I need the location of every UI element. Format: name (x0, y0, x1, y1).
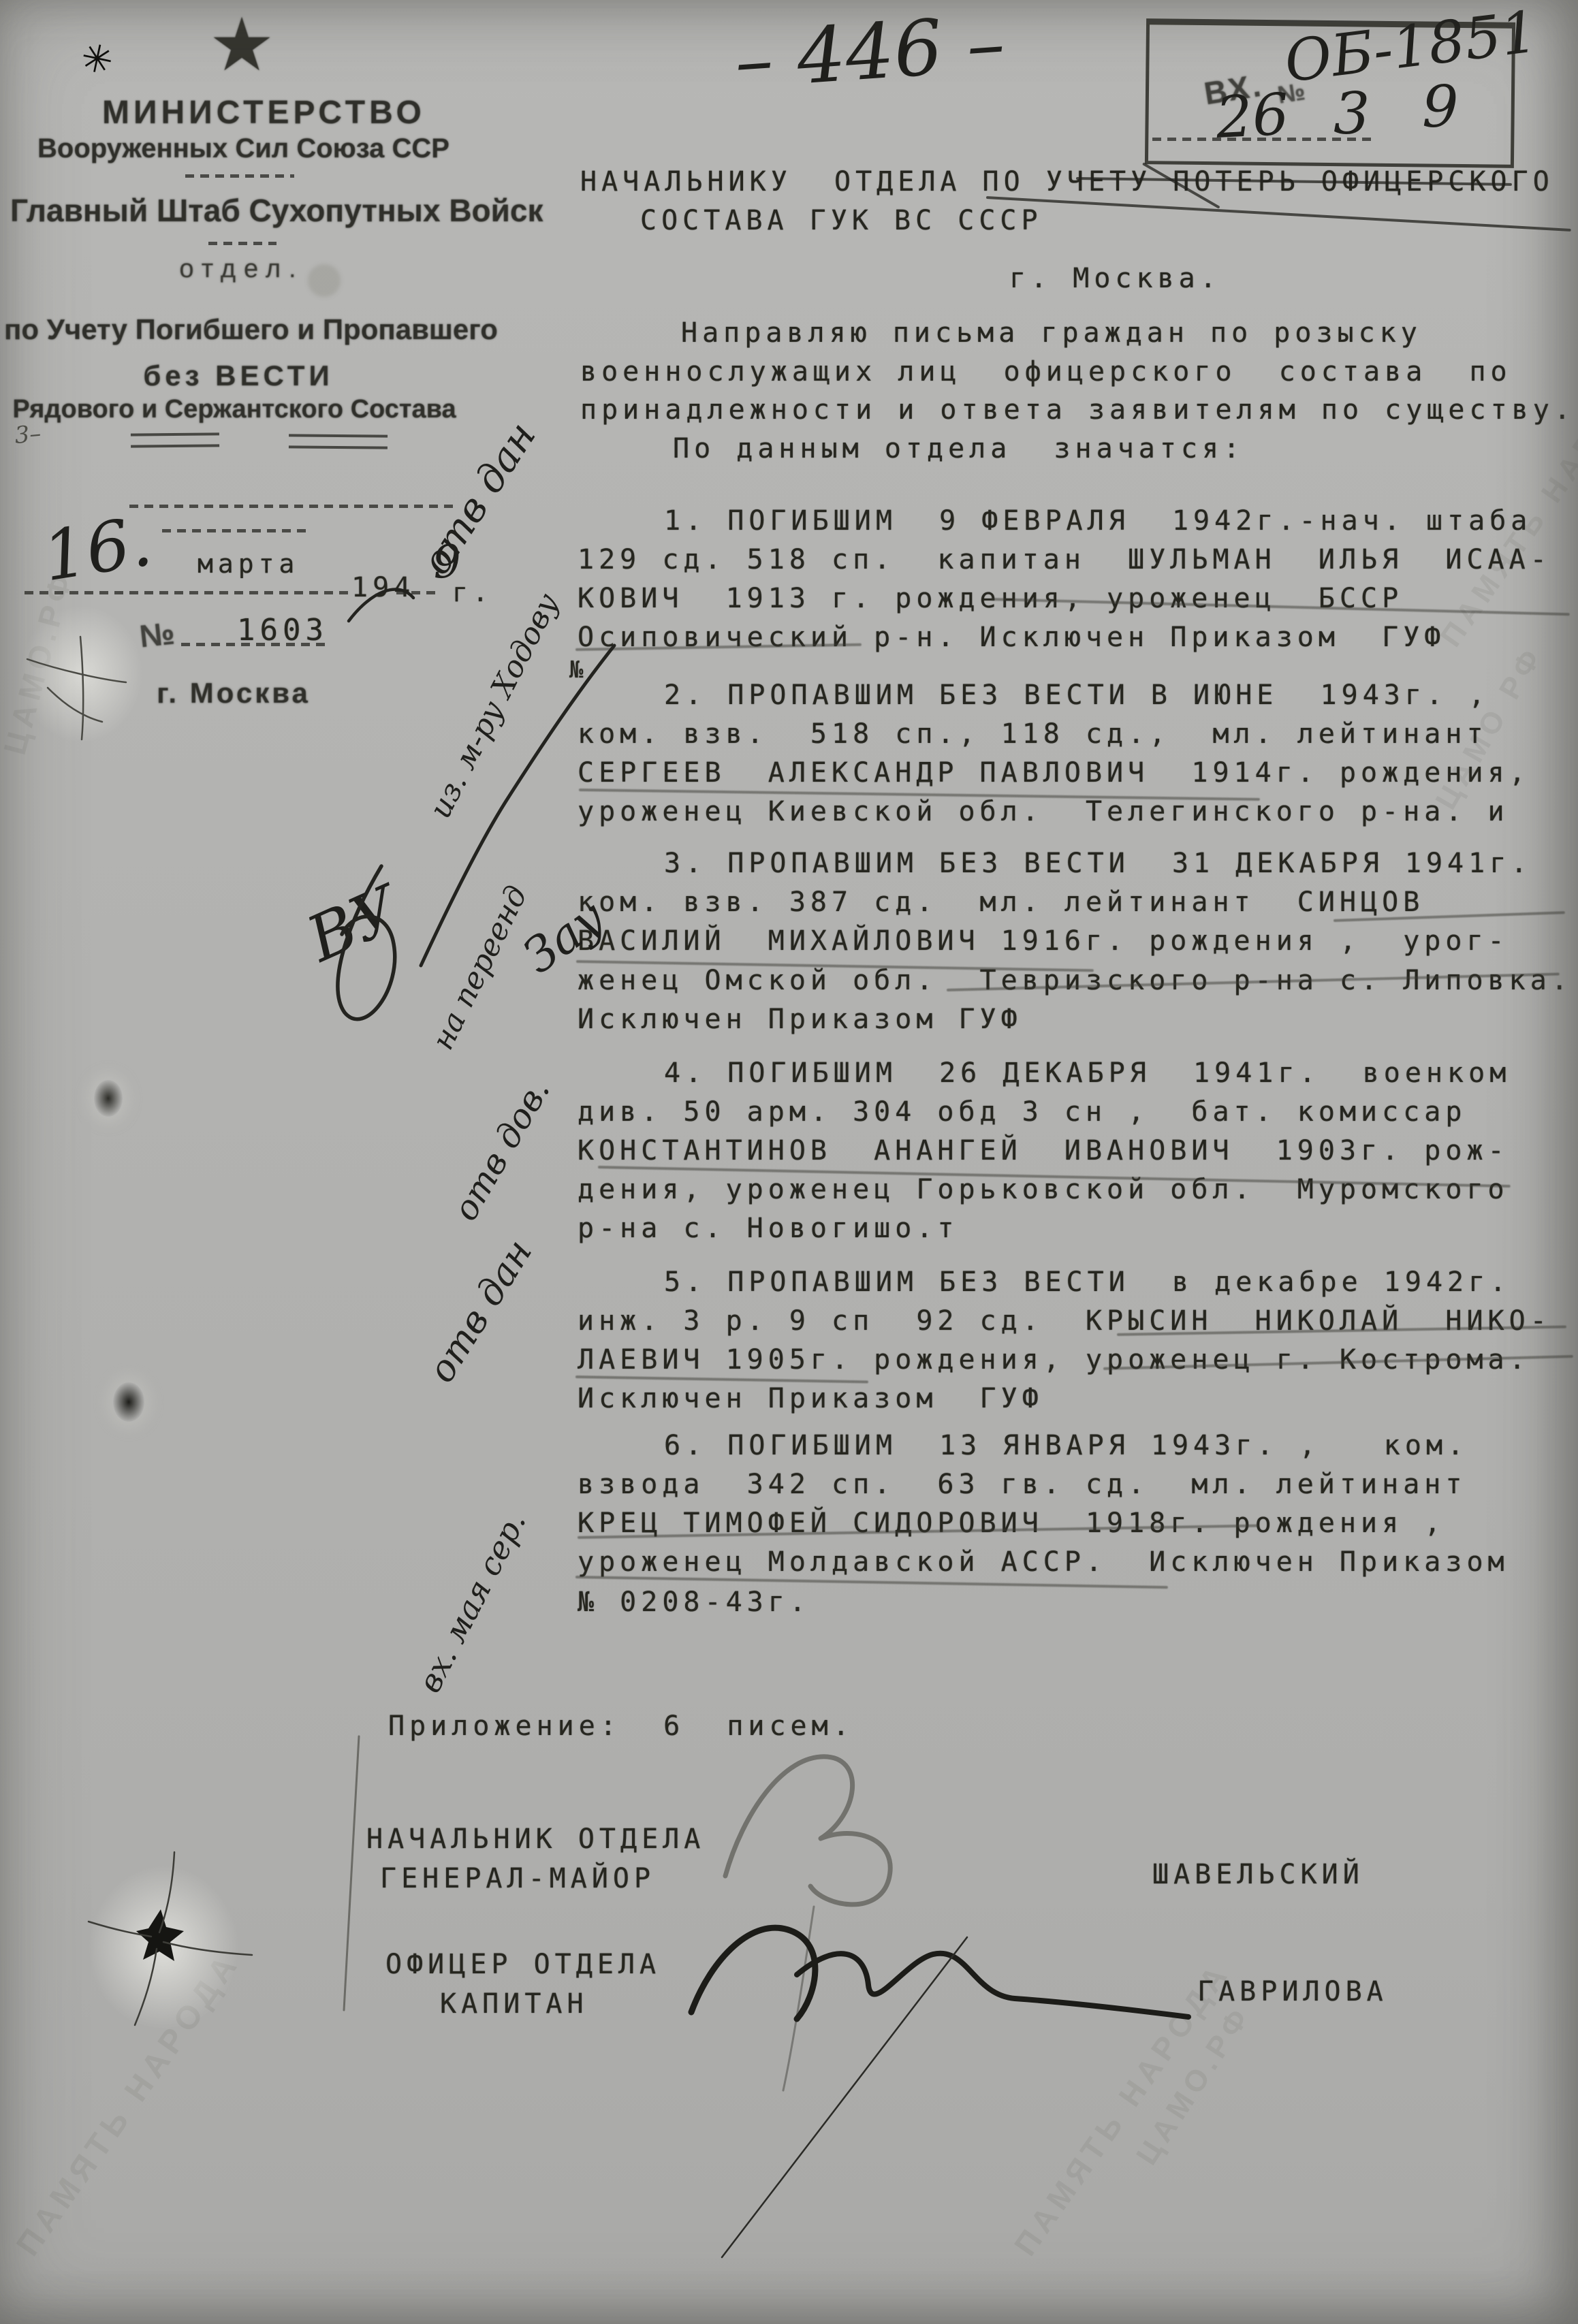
attachment-line: Приложение: 6 писем. (388, 1710, 854, 1742)
item-4-line-3: КОНСТАНТИНОВ АНАНГЕЙ ИВАНОВИЧ 1903г. рож… (578, 1135, 1509, 1166)
item-3-line-2: ком. взв. 387 сд. мл. лейтинант СИНЦОВ (578, 887, 1424, 918)
sig-head-title-2: ГЕНЕРАЛ-МАЙОР (380, 1863, 655, 1894)
date-day-handwritten: 16. (37, 501, 157, 596)
item-5-line-4: Исключен Приказом ГУФ (578, 1383, 1043, 1414)
item-2-line-1: 2. ПРОПАВШИМ БЕЗ ВЕСТИ В ИЮНЕ 1943г. , (664, 680, 1489, 711)
item-6-line-4: уроженец Молдавской АССР. Исключен Прика… (578, 1546, 1509, 1578)
item-2-line-4: уроженец Киевской обл. Телегинского р-на… (578, 796, 1509, 827)
item-4-line-4: дения, уроженец Горьковской обл. Муромск… (578, 1174, 1509, 1205)
letterhead-city: г. Москва (148, 677, 319, 710)
item-1-line-1: 1. ПОГИБШИМ 9 ФЕВРАЛЯ 1942г.-нач. штаба (664, 505, 1532, 537)
margin-note-vu: ВУ (297, 872, 410, 976)
sig-officer-name: ГАВРИЛОВА (1197, 1976, 1388, 2007)
star-emblem-icon: ★ (204, 7, 279, 83)
addressee-strike-1 (986, 196, 1571, 232)
item-4-line-1: 4. ПОГИБШИМ 26 ДЕКАБРЯ 1941г. военком (664, 1057, 1511, 1089)
date-month: марта (198, 549, 299, 579)
letterhead-double-line-left (131, 432, 219, 447)
margin-note-top-left: 3– (14, 420, 42, 449)
paper-tear-top-left: ✳ (77, 35, 117, 84)
margin-note-vkh-maya: вх. мая сер. (411, 1506, 533, 1699)
letterhead-ministry: МИНИСТЕРСТВО (102, 94, 381, 131)
letterhead-armed-forces: Вооруженных Сил Союза ССР (37, 133, 446, 164)
letterhead-rule-2 (208, 242, 277, 245)
date-rule-mid (162, 529, 312, 532)
margin-note-otv-dov: отв дов. (445, 1072, 558, 1228)
intro-line-4: По данным отдела значатся: (673, 433, 1244, 464)
paper-tear-halo-1 (20, 606, 143, 742)
punch-hole-2 (113, 1382, 144, 1422)
intro-line-3: принадлежности и ответа заявителям по су… (580, 394, 1575, 426)
margin-note-mru-khodovu: из. м-ру Ходову (423, 588, 566, 824)
intake-stamp-rule (1152, 138, 1377, 141)
margin-note-na-pereend: на переенд (425, 880, 534, 1055)
addressee-city: г. Москва. (1009, 263, 1221, 294)
item-6-line-1: 6. ПОГИБШИМ 13 ЯНВАРЯ 1943г. , ком. (664, 1430, 1468, 1461)
intro-line-1: Направляю письма граждан по розыску (681, 317, 1422, 349)
page-number-handwritten: – 446 – (732, 0, 1008, 106)
sig-officer-title-2: КАПИТАН (440, 1988, 588, 2020)
item-1-line-5: № (569, 656, 588, 684)
letterhead-double-line-right (289, 434, 388, 449)
intake-stamp-year: 9 (1422, 74, 1458, 140)
item-3-line-1: 3. ПРОПАВШИМ БЕЗ ВЕСТИ 31 ДЕКАБРЯ 1941г. (664, 848, 1532, 879)
addressee-line-2: СОСТАВА ГУК ВС СССР (640, 205, 1043, 236)
item-2-line-3: СЕРГЕЕВ АЛЕКСАНДР ПАВЛОВИЧ 1914г. рожден… (578, 757, 1530, 789)
margin-note-otv-dan-2: отв дан (420, 1232, 541, 1390)
letterhead-dept-line1: по Учету Погибшего и Пропавшего (4, 313, 471, 346)
date-year-printed: 194 (351, 572, 415, 603)
date-rule-top (129, 505, 456, 508)
letterhead-staff: Главный Штаб Сухопутных Войск (10, 192, 470, 229)
item-6-line-5: № 0208-43г. (578, 1587, 810, 1618)
underline-laevich (575, 1375, 868, 1384)
letterhead-rule-1 (185, 174, 294, 178)
item-3-line-3: ВАСИЛИЙ МИХАЙЛОВИЧ 1916г. рождения , уро… (578, 925, 1509, 957)
letterhead-dept-line2: без ВЕСТИ (136, 360, 341, 392)
date-rule-year (396, 591, 439, 594)
item-2-line-2: ком. взв. 518 сп., 118 сд., мл. лейтинан… (578, 718, 1488, 750)
sig-officer-title-1: ОФИЦЕР ОТДЕЛА (385, 1949, 661, 1980)
doc-number-rule (181, 643, 328, 646)
item-1-line-2: 129 сд. 518 сп. капитан ШУЛЬМАН ИЛЬЯ ИСА… (578, 544, 1551, 575)
letterhead-smudge (308, 264, 341, 297)
paper-tear-halo-2 (89, 1866, 238, 2029)
letterhead-dept-line3: Рядового и Сержантского Состава (5, 395, 463, 424)
date-rule-bottom (25, 591, 351, 594)
date-year-suffix: г. (452, 577, 493, 607)
doc-number-sign: № (138, 614, 176, 654)
sig-head-title-1: НАЧАЛЬНИК ОТДЕЛА (366, 1824, 705, 1855)
punch-hole-1 (94, 1080, 123, 1117)
item-3-line-5: Исключен Приказом ГУФ (578, 1004, 1022, 1035)
item-5-line-1: 5. ПРОПАВШИМ БЕЗ ВЕСТИ в декабре 1942г. (664, 1267, 1511, 1298)
letterhead-department: отдел. (163, 255, 320, 284)
item-6-line-2: взвода 342 сп. 63 гв. сд. мл. лейтинант (578, 1469, 1466, 1500)
item-4-line-5: р-на с. Новогишо.т (578, 1213, 958, 1244)
intro-line-2: военнослужащих лиц офицерского состава п… (580, 356, 1512, 387)
document-page: ЦАМО.РФ ПАМЯТЬ НАРОДА ПАМЯТЬ НАРОДА ЦАМО… (0, 0, 1578, 2324)
item-5-line-2: инж. 3 р. 9 сп 92 сд. КРЫСИН НИКОЛАЙ НИК… (578, 1305, 1551, 1337)
sig-head-name: ШАВЕЛЬСКИЙ (1152, 1859, 1364, 1890)
item-4-line-2: див. 50 арм. 304 обд 3 сн , бат. комисса… (578, 1096, 1466, 1128)
margin-note-otv-dan-1: отв дан (413, 414, 545, 583)
